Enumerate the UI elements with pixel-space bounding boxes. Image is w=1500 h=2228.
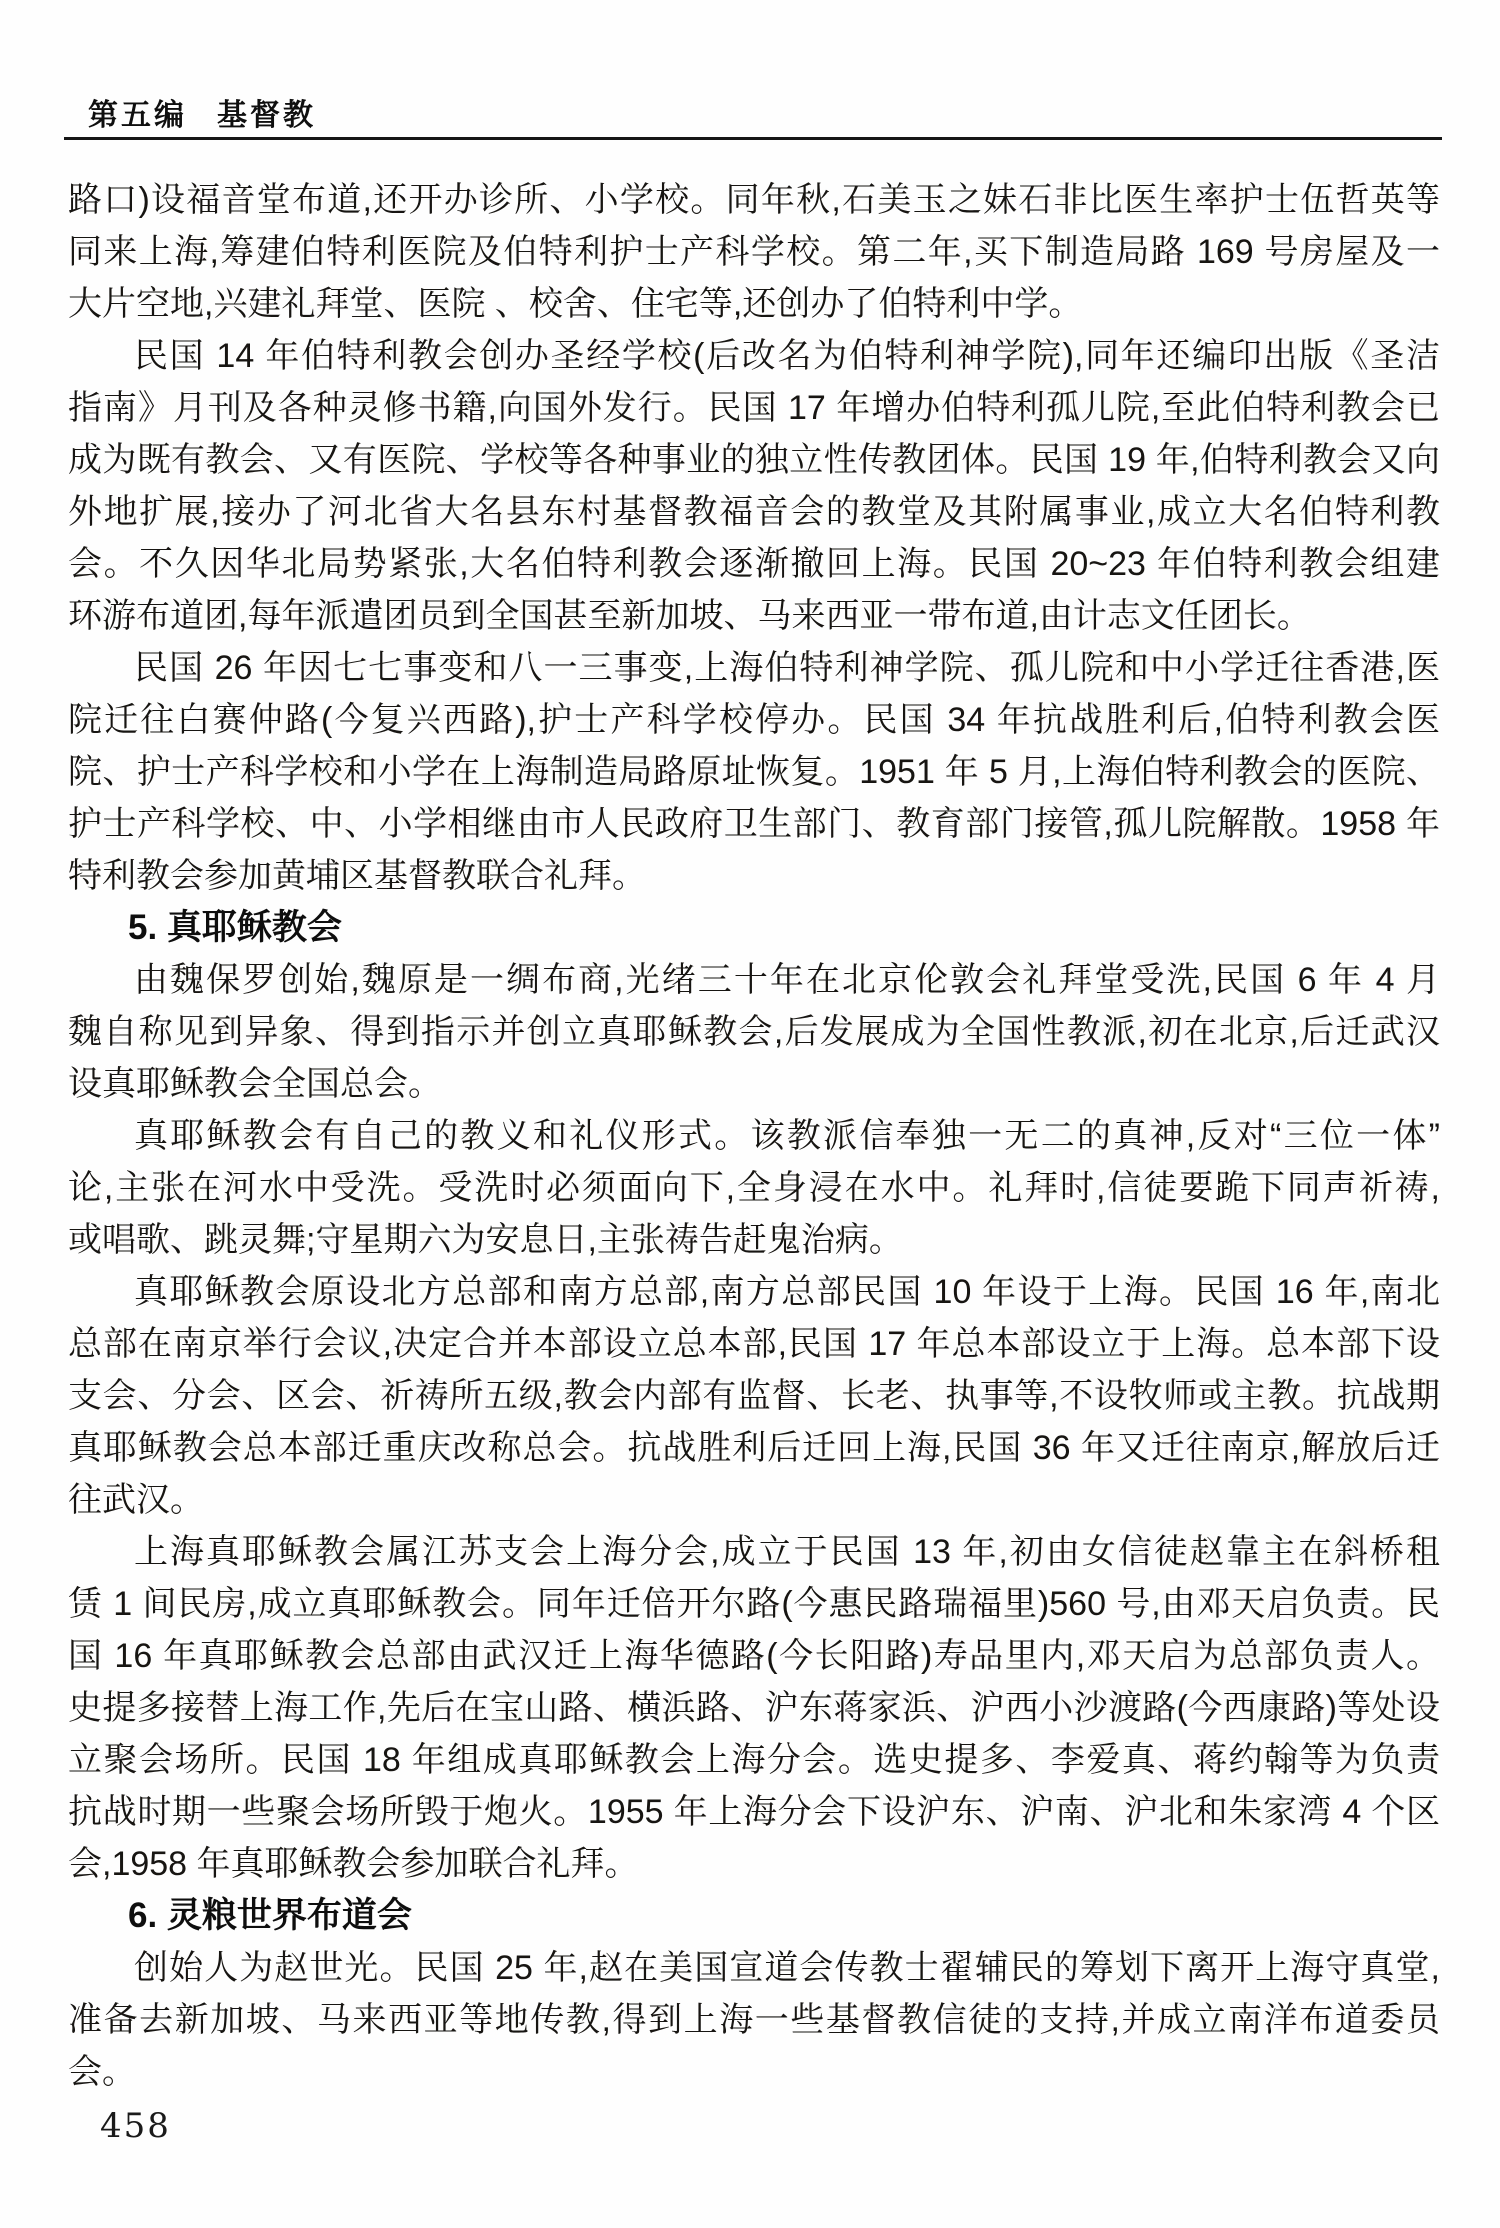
text-line: 特利教会参加黄埔区基督教联合礼拜。 xyxy=(68,850,1440,902)
text-line: 往武汉。 xyxy=(68,1474,1440,1526)
text-line: 会。 xyxy=(68,2046,1440,2098)
page-number: 458 xyxy=(100,2106,171,2146)
text-line: 大片空地,兴建礼拜堂、医院 、校舍、住宅等,还创办了伯特利中学。 xyxy=(68,278,1440,330)
text-line: 由魏保罗创始,魏原是一绸布商,光绪三十年在北京伦敦会礼拜堂受洗,民国 6 年 4… xyxy=(68,954,1440,1006)
text-line: 外地扩展,接办了河北省大名县东村基督教福音会的教堂及其附属事业,成立大名伯特利教 xyxy=(68,486,1440,538)
text-line: 同来上海,筹建伯特利医院及伯特利护士产科学校。第二年,买下制造局路 169 号房… xyxy=(68,226,1440,278)
text-line: 院、护士产科学校和小学在上海制造局路原址恢复。1951 年 5 月,上海伯特利教… xyxy=(68,746,1440,798)
text-line: 民国 26 年因七七事变和八一三事变,上海伯特利神学院、孤儿院和中小学迁往香港,… xyxy=(68,642,1440,694)
body-text: 路口)设福音堂布道,还开办诊所、小学校。同年秋,石美玉之妹石非比医生率护士伍哲英… xyxy=(68,174,1440,2098)
text-line: 环游布道团,每年派遣团员到全国甚至新加坡、马来西亚一带布道,由计志文任团长。 xyxy=(68,590,1440,642)
text-line: 民国 14 年伯特利教会创办圣经学校(后改名为伯特利神学院),同年还编印出版《圣… xyxy=(68,330,1440,382)
text-line: 会。不久因华北局势紧张,大名伯特利教会逐渐撤回上海。民国 20~23 年伯特利教… xyxy=(68,538,1440,590)
text-line: 上海真耶稣教会属江苏支会上海分会,成立于民国 13 年,初由女信徒赵靠主在斜桥租 xyxy=(68,1526,1440,1578)
text-line: 总部在南京举行会议,决定合并本部设立总本部,民国 17 年总本部设立于上海。总本… xyxy=(68,1318,1440,1370)
text-line: 支会、分会、区会、祈祷所五级,教会内部有监督、长老、执事等,不设牧师或主教。抗战… xyxy=(68,1370,1440,1422)
text-line: 或唱歌、跳灵舞;守星期六为安息日,主张祷告赶鬼治病。 xyxy=(68,1214,1440,1266)
text-line: 真耶稣教会原设北方总部和南方总部,南方总部民国 10 年设于上海。民国 16 年… xyxy=(68,1266,1440,1318)
section-heading: 6. 灵粮世界布道会 xyxy=(68,1890,1440,1942)
text-line: 史提多接替上海工作,先后在宝山路、横浜路、沪东蒋家浜、沪西小沙渡路(今西康路)等… xyxy=(68,1682,1440,1734)
text-line: 抗战时期一些聚会场所毁于炮火。1955 年上海分会下设沪东、沪南、沪北和朱家湾 … xyxy=(68,1786,1440,1838)
text-line: 准备去新加坡、马来西亚等地传教,得到上海一些基督教信徒的支持,并成立南洋布道委员 xyxy=(68,1994,1440,2046)
text-line: 创始人为赵世光。民国 25 年,赵在美国宣道会传教士翟辅民的筹划下离开上海守真堂… xyxy=(68,1942,1440,1994)
text-line: 真耶稣教会总本部迁重庆改称总会。抗战胜利后迁回上海,民国 36 年又迁往南京,解… xyxy=(68,1422,1440,1474)
text-line: 设真耶稣教会全国总会。 xyxy=(68,1058,1440,1110)
text-line: 魏自称见到异象、得到指示并创立真耶稣教会,后发展成为全国性教派,初在北京,后迁武… xyxy=(68,1006,1440,1058)
running-head-section-label: 第五编 xyxy=(88,99,187,132)
text-line: 成为既有教会、又有医院、学校等各种事业的独立性传教团体。民国 19 年,伯特利教… xyxy=(68,434,1440,486)
text-line: 会,1958 年真耶稣教会参加联合礼拜。 xyxy=(68,1838,1440,1890)
running-head-section-title: 基督教 xyxy=(217,99,316,132)
running-head: 第五编基督教 xyxy=(88,90,316,134)
text-line: 论,主张在河水中受洗。受洗时必须面向下,全身浸在水中。礼拜时,信徒要跪下同声祈祷… xyxy=(68,1162,1440,1214)
text-line: 指南》月刊及各种灵修书籍,向国外发行。民国 17 年增办伯特利孤儿院,至此伯特利… xyxy=(68,382,1440,434)
section-heading: 5. 真耶稣教会 xyxy=(68,902,1440,954)
text-line: 立聚会场所。民国 18 年组成真耶稣教会上海分会。选史提多、李爱真、蒋约翰等为负… xyxy=(68,1734,1440,1786)
text-line: 路口)设福音堂布道,还开办诊所、小学校。同年秋,石美玉之妹石非比医生率护士伍哲英… xyxy=(68,174,1440,226)
text-line: 赁 1 间民房,成立真耶稣教会。同年迁倍开尔路(今惠民路瑞福里)560 号,由邓… xyxy=(68,1578,1440,1630)
text-line: 真耶稣教会有自己的教义和礼仪形式。该教派信奉独一无二的真神,反对“三位一体” xyxy=(68,1110,1440,1162)
text-line: 国 16 年真耶稣教会总部由武汉迁上海华德路(今长阳路)寿品里内,邓天启为总部负… xyxy=(68,1630,1440,1682)
book-page: 第五编基督教 路口)设福音堂布道,还开办诊所、小学校。同年秋,石美玉之妹石非比医… xyxy=(0,0,1500,2228)
header-rule xyxy=(64,137,1442,140)
text-line: 院迁往白赛仲路(今复兴西路),护士产科学校停办。民国 34 年抗战胜利后,伯特利… xyxy=(68,694,1440,746)
text-line: 护士产科学校、中、小学相继由市人民政府卫生部门、教育部门接管,孤儿院解散。195… xyxy=(68,798,1440,850)
